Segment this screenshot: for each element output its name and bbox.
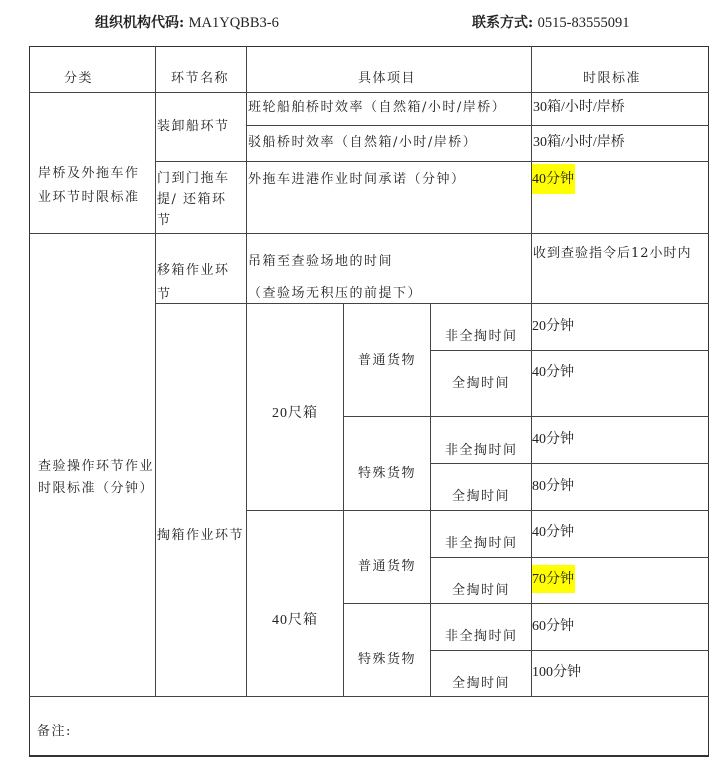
stage-line: 移箱作业环 (157, 259, 230, 283)
standard-barge-efficiency: 30箱/小时/岸桥 (533, 135, 625, 151)
col-divider-2 (246, 46, 247, 696)
row-line (343, 416, 709, 417)
highlighted-standard: 70分钟 (532, 572, 575, 588)
column-header-item: 具体项目 (358, 71, 416, 87)
unpack-mode: 全掏时间 (452, 376, 510, 392)
unpack-mode: 非全掏时间 (445, 443, 518, 459)
table-border-bottom (29, 755, 709, 757)
standard-value: 60分钟 (532, 619, 574, 635)
stage-door-to-door: 门到门拖车 提/ 还箱环 节 (157, 168, 230, 231)
highlighted-standard-value: 40分钟 (532, 164, 575, 194)
unpack-mode: 全掏时间 (452, 583, 510, 599)
row-line (430, 463, 709, 464)
item-line: （查验场无积压的前提下） (248, 278, 422, 310)
row-line (246, 125, 709, 126)
unpack-mode: 非全掏时间 (445, 536, 518, 552)
contact: 联系方式: 0515-83555091 (472, 12, 629, 32)
stage-move-container: 移箱作业环 节 (157, 259, 230, 307)
standard-value: 100分钟 (532, 665, 581, 681)
table-border-left (29, 46, 30, 757)
unpack-mode: 全掏时间 (452, 489, 510, 505)
standard-value: 30箱/小时/岸桥 (533, 135, 625, 150)
row-line (155, 303, 709, 304)
category-quay-crane: 岸桥及外拖车作 业环节时限标准 (38, 166, 140, 206)
cargo-type: 特殊货物 (358, 466, 416, 482)
stage-line: 节 (157, 283, 230, 307)
contact-value: 0515-83555091 (538, 15, 630, 31)
item-move-container: 吊箱至查验场地的时间 （查验场无积压的前提下） (248, 246, 422, 310)
standard-truck-entry: 40分钟 (532, 172, 575, 188)
stage-line: 提/ 还箱环 (157, 189, 230, 210)
header-divider (29, 92, 709, 93)
col-divider-1 (155, 46, 156, 696)
table-border-top (29, 46, 709, 47)
row-line (155, 161, 709, 162)
standard-value: 40分钟 (532, 525, 574, 541)
org-code-value: MA1YQBB3-6 (189, 15, 279, 31)
column-header-stage: 环节名称 (171, 71, 229, 87)
stage-line: 节 (157, 210, 230, 231)
stage-line: 门到门拖车 (157, 168, 230, 189)
highlighted-standard-value: 70分钟 (532, 565, 575, 593)
row-line (430, 350, 709, 351)
unpack-mode: 全掏时间 (452, 676, 510, 692)
category-line: 时限标准（分钟） (38, 478, 154, 500)
standard-value: 40分钟 (532, 365, 574, 381)
row-line (430, 650, 709, 651)
row-line (246, 510, 709, 511)
column-header-category: 分类 (64, 71, 93, 87)
cargo-type: 特殊货物 (358, 652, 416, 668)
column-header-standard: 时限标准 (583, 71, 641, 87)
standard-liner-efficiency: 30箱/小时/岸桥 (533, 100, 625, 116)
container-size-40ft: 40尺箱 (272, 613, 318, 629)
stage-unpacking: 掏箱作业环节 (157, 528, 244, 544)
org-code-label: 组织机构代码: (95, 15, 184, 31)
stage-loading: 装卸船环节 (157, 119, 230, 135)
row-line (430, 557, 709, 558)
standard-move-container: 收到查验指令后12小时内 (533, 246, 692, 262)
category-line: 查验操作环节作业 (38, 456, 154, 478)
col-divider-cargo (343, 303, 344, 696)
standard-value: 30箱/小时/岸桥 (533, 100, 625, 115)
item-truck-entry: 外拖车进港作业时间承诺（分钟） (248, 172, 466, 188)
cargo-type: 普通货物 (358, 353, 416, 369)
item-liner-efficiency: 班轮船舶桥时效率（自然箱/小时/岸桥） (248, 100, 506, 116)
contact-label: 联系方式: (472, 15, 533, 31)
cargo-type: 普通货物 (358, 559, 416, 575)
category-inspection: 查验操作环节作业 时限标准（分钟） (38, 456, 154, 500)
standard-value: 80分钟 (532, 479, 574, 495)
org-code: 组织机构代码: MA1YQBB3-6 (95, 12, 279, 32)
section-divider (29, 233, 709, 234)
standard-value: 20分钟 (532, 319, 574, 335)
unpack-mode: 非全掏时间 (445, 629, 518, 645)
container-size-20ft: 20尺箱 (272, 406, 318, 422)
unpack-mode: 非全掏时间 (445, 329, 518, 345)
remarks-label: 备注: (37, 724, 72, 740)
col-divider-mode (430, 303, 431, 696)
row-line (343, 603, 709, 604)
item-barge-efficiency: 驳船桥时效率（自然箱/小时/岸桥） (248, 135, 477, 151)
item-line: 吊箱至查验场地的时间 (248, 246, 422, 278)
remarks-divider (29, 696, 709, 697)
standard-value: 40分钟 (532, 432, 574, 448)
category-line: 业环节时限标准 (38, 190, 140, 206)
category-line: 岸桥及外拖车作 (38, 166, 140, 182)
